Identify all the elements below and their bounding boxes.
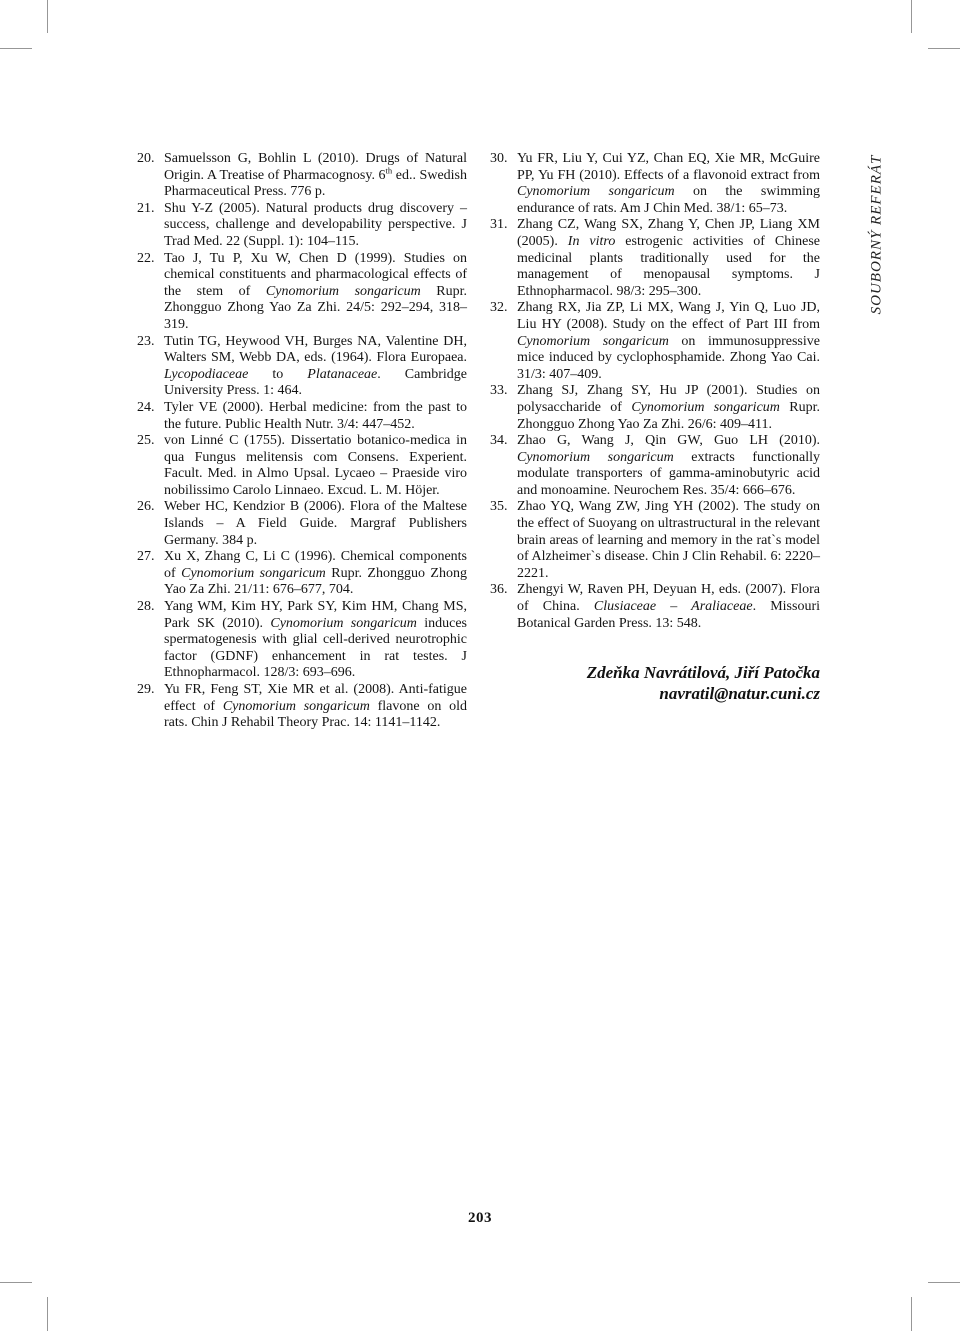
reference-text: Yang WM, Kim HY, Park SY, Kim HM, Chang … bbox=[164, 599, 467, 680]
reference-text: Samuelsson G, Bohlin L (2010). Drugs of … bbox=[164, 151, 467, 199]
reference-text: Weber HC, Kendzior B (2006). Flora of th… bbox=[164, 499, 467, 547]
crop-mark-bottom-left-vertical bbox=[47, 1297, 48, 1331]
reference-text: Zhang CZ, Wang SX, Zhang Y, Chen JP, Lia… bbox=[517, 217, 820, 298]
crop-mark-top-right-horizontal bbox=[928, 48, 960, 49]
reference-item: 35.Zhao YQ, Wang ZW, Jing YH (2002). The… bbox=[490, 499, 820, 582]
reference-number: 28. bbox=[137, 599, 164, 616]
reference-text: Tyler VE (2000). Herbal medicine: from t… bbox=[164, 400, 467, 432]
references-column-right: 30.Yu FR, Liu Y, Cui YZ, Chan EQ, Xie MR… bbox=[490, 151, 820, 632]
author-names: Zdeňka Navrátilová, Jiří Patočka bbox=[490, 662, 820, 683]
reference-item: 23.Tutin TG, Heywood VH, Burges NA, Vale… bbox=[137, 334, 467, 400]
reference-text: Xu X, Zhang C, Li C (1996). Chemical com… bbox=[164, 549, 467, 597]
reference-item: 25.von Linné C (1755). Dissertatio botan… bbox=[137, 433, 467, 499]
reference-number: 23. bbox=[137, 334, 164, 351]
reference-item: 32.Zhang RX, Jia ZP, Li MX, Wang J, Yin … bbox=[490, 300, 820, 383]
reference-number: 31. bbox=[490, 217, 517, 234]
signature-block: Zdeňka Navrátilová, Jiří Patočka navrati… bbox=[490, 662, 820, 704]
crop-mark-top-left-vertical bbox=[47, 0, 48, 33]
crop-mark-top-left-horizontal bbox=[0, 48, 32, 49]
document-page: 20.Samuelsson G, Bohlin L (2010). Drugs … bbox=[0, 0, 960, 1331]
reference-item: 27.Xu X, Zhang C, Li C (1996). Chemical … bbox=[137, 549, 467, 599]
reference-text: Zhang SJ, Zhang SY, Hu JP (2001). Studie… bbox=[517, 383, 820, 431]
crop-mark-bottom-right-horizontal bbox=[928, 1282, 960, 1283]
reference-number: 26. bbox=[137, 499, 164, 516]
reference-item: 34.Zhao G, Wang J, Qin GW, Guo LH (2010)… bbox=[490, 433, 820, 499]
reference-text: Zhao YQ, Wang ZW, Jing YH (2002). The st… bbox=[517, 499, 820, 580]
reference-item: 29.Yu FR, Feng ST, Xie MR et al. (2008).… bbox=[137, 682, 467, 732]
reference-item: 26.Weber HC, Kendzior B (2006). Flora of… bbox=[137, 499, 467, 549]
reference-item: 30.Yu FR, Liu Y, Cui YZ, Chan EQ, Xie MR… bbox=[490, 151, 820, 217]
references-column-left: 20.Samuelsson G, Bohlin L (2010). Drugs … bbox=[137, 151, 467, 732]
reference-text: Yu FR, Feng ST, Xie MR et al. (2008). An… bbox=[164, 682, 467, 730]
sidebar-section-label: SOUBORNÝ REFERÁT bbox=[869, 149, 886, 321]
reference-text: Tao J, Tu P, Xu W, Chen D (1999). Studie… bbox=[164, 251, 467, 332]
reference-number: 22. bbox=[137, 251, 164, 268]
reference-item: 24.Tyler VE (2000). Herbal medicine: fro… bbox=[137, 400, 467, 433]
reference-text: Shu Y-Z (2005). Natural products drug di… bbox=[164, 201, 467, 249]
author-email: navratil@natur.cuni.cz bbox=[490, 683, 820, 704]
reference-item: 28.Yang WM, Kim HY, Park SY, Kim HM, Cha… bbox=[137, 599, 467, 682]
page-number: 203 bbox=[0, 1210, 960, 1227]
reference-number: 25. bbox=[137, 433, 164, 450]
reference-number: 20. bbox=[137, 151, 164, 168]
reference-number: 36. bbox=[490, 582, 517, 599]
reference-item: 22.Tao J, Tu P, Xu W, Chen D (1999). Stu… bbox=[137, 251, 467, 334]
crop-mark-bottom-left-horizontal bbox=[0, 1282, 32, 1283]
reference-text: Zhengyi W, Raven PH, Deyuan H, eds. (200… bbox=[517, 582, 820, 630]
reference-number: 27. bbox=[137, 549, 164, 566]
crop-mark-top-right-vertical bbox=[911, 0, 912, 33]
reference-text: Zhao G, Wang J, Qin GW, Guo LH (2010). C… bbox=[517, 433, 820, 498]
reference-number: 33. bbox=[490, 383, 517, 400]
reference-number: 34. bbox=[490, 433, 517, 450]
reference-item: 31.Zhang CZ, Wang SX, Zhang Y, Chen JP, … bbox=[490, 217, 820, 300]
reference-item: 21.Shu Y-Z (2005). Natural products drug… bbox=[137, 201, 467, 251]
reference-item: 20.Samuelsson G, Bohlin L (2010). Drugs … bbox=[137, 151, 467, 201]
reference-text: von Linné C (1755). Dissertatio botanico… bbox=[164, 433, 467, 498]
reference-number: 30. bbox=[490, 151, 517, 168]
reference-number: 29. bbox=[137, 682, 164, 699]
reference-number: 32. bbox=[490, 300, 517, 317]
reference-text: Yu FR, Liu Y, Cui YZ, Chan EQ, Xie MR, M… bbox=[517, 151, 820, 216]
reference-text: Zhang RX, Jia ZP, Li MX, Wang J, Yin Q, … bbox=[517, 300, 820, 381]
reference-item: 33.Zhang SJ, Zhang SY, Hu JP (2001). Stu… bbox=[490, 383, 820, 433]
reference-number: 21. bbox=[137, 201, 164, 218]
reference-text: Tutin TG, Heywood VH, Burges NA, Valenti… bbox=[164, 334, 467, 399]
reference-number: 35. bbox=[490, 499, 517, 516]
reference-number: 24. bbox=[137, 400, 164, 417]
crop-mark-bottom-right-vertical bbox=[911, 1297, 912, 1331]
reference-item: 36.Zhengyi W, Raven PH, Deyuan H, eds. (… bbox=[490, 582, 820, 632]
